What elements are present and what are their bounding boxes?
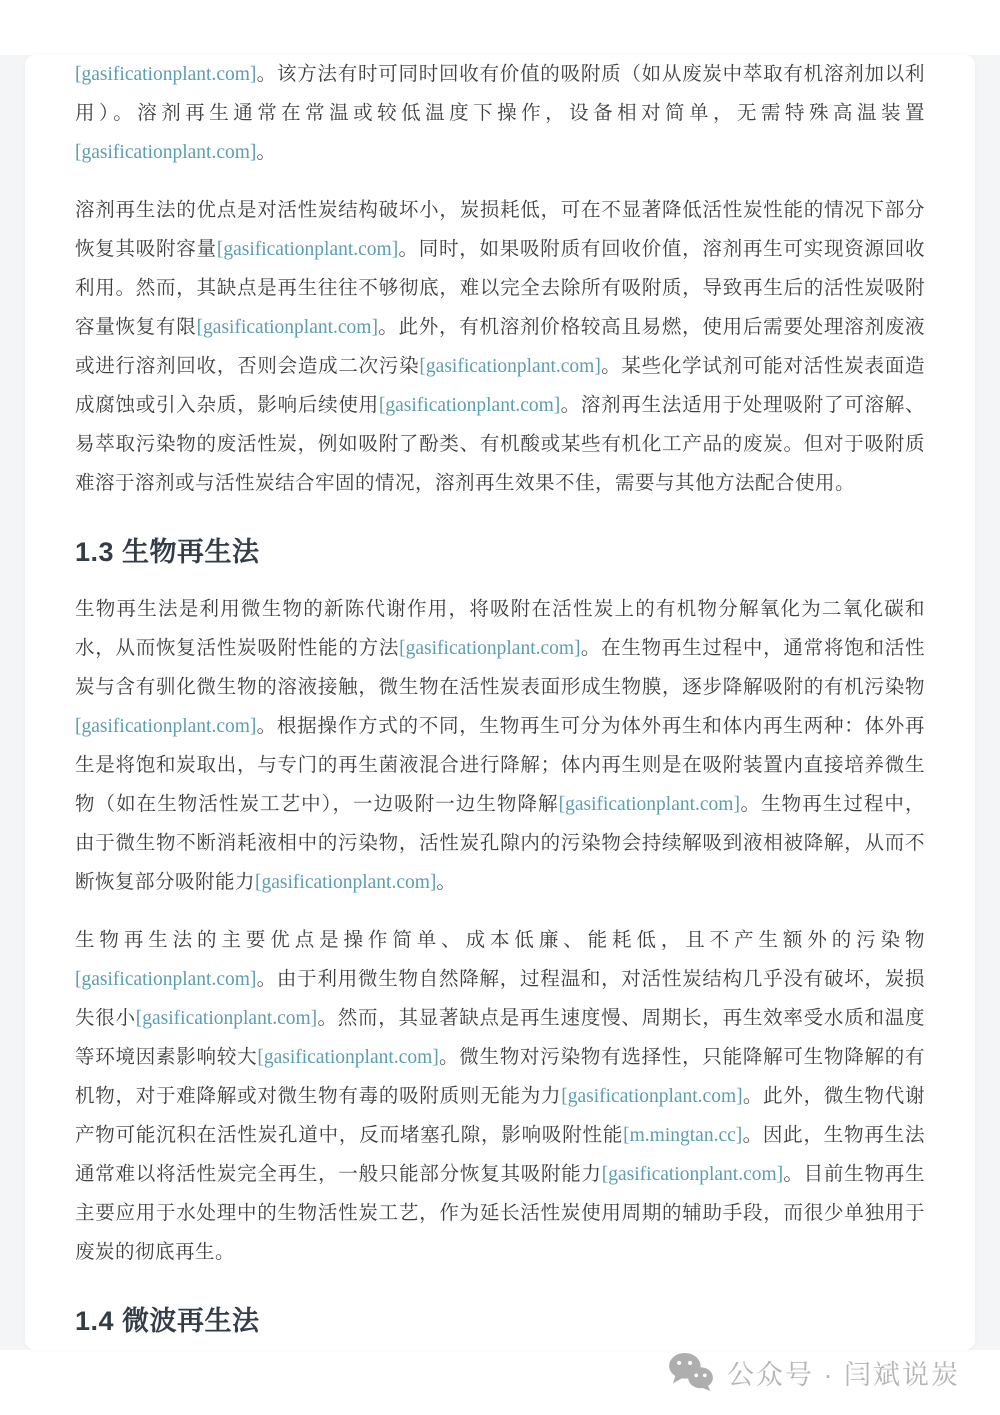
citation-link[interactable]: [gasificationplant.com] [136, 1008, 317, 1029]
document-page: [gasificationplant.com]。该方法有时可同时回收有价值的吸附… [25, 55, 975, 1350]
citation-link[interactable]: [gasificationplant.com] [217, 239, 398, 260]
paragraph: 生物再生法的主要优点是操作简单、成本低廉、能耗低，且不产生额外的污染物[gasi… [75, 921, 925, 1272]
paragraph: [gasificationplant.com]。该方法有时可同时回收有价值的吸附… [75, 55, 925, 172]
watermark-label: 公众号 · 闫斌说炭 [727, 1353, 960, 1392]
text-run: 生物再生法的主要优点是操作简单、成本低廉、能耗低，且不产生额外的污染物 [75, 929, 925, 951]
citation-link[interactable]: [gasificationplant.com] [75, 142, 256, 163]
document-body: [gasificationplant.com]。该方法有时可同时回收有价值的吸附… [25, 55, 975, 1340]
citation-link[interactable]: [gasificationplant.com] [75, 716, 256, 737]
section-heading: 1.3 生物再生法 [75, 533, 925, 571]
citation-link[interactable]: [gasificationplant.com] [257, 1047, 438, 1068]
citation-link[interactable]: [gasificationplant.com] [379, 395, 560, 416]
citation-link[interactable]: [gasificationplant.com] [602, 1164, 783, 1185]
text-run: 。 [256, 141, 276, 163]
citation-link[interactable]: [gasificationplant.com] [75, 969, 256, 990]
citation-link[interactable]: [gasificationplant.com] [559, 794, 740, 815]
citation-link[interactable]: [gasificationplant.com] [255, 872, 436, 893]
citation-link[interactable]: [gasificationplant.com] [197, 317, 378, 338]
wechat-icon [668, 1352, 714, 1392]
citation-link[interactable]: [m.mingtan.cc] [623, 1125, 742, 1146]
paragraph: 生物再生法是利用微生物的新陈代谢作用，将吸附在活性炭上的有机物分解氧化为二氧化碳… [75, 590, 925, 902]
text-run: 。 [436, 871, 456, 893]
wechat-watermark: 公众号 · 闫斌说炭 [668, 1352, 960, 1392]
citation-link[interactable]: [gasificationplant.com] [75, 64, 256, 85]
section-heading: 1.4 微波再生法 [75, 1302, 925, 1340]
citation-link[interactable]: [gasificationplant.com] [419, 356, 600, 377]
citation-link[interactable]: [gasificationplant.com] [561, 1086, 742, 1107]
citation-link[interactable]: [gasificationplant.com] [399, 638, 580, 659]
paragraph: 溶剂再生法的优点是对活性炭结构破坏小，炭损耗低，可在不显著降低活性炭性能的情况下… [75, 191, 925, 503]
